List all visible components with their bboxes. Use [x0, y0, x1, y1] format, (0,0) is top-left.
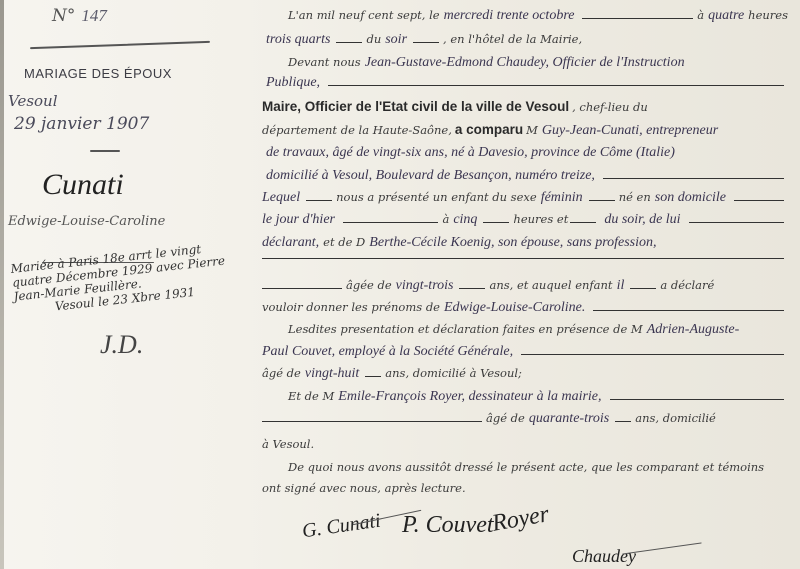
child-given-names: Edwige-Louise-Caroline — [8, 214, 165, 229]
act-line: Devant nousJean-Gustave-Edmond Chaudey, … — [262, 55, 788, 71]
act-line: de travaux, âgé de vingt-six ans, né à D… — [262, 145, 788, 161]
act-line: Et de MEmile-François Royer, dessinateur… — [262, 389, 788, 405]
act-line-blank — [262, 258, 788, 262]
act-line: Publique, — [262, 75, 788, 91]
act-line: déclarant,et de DBerthe-Cécile Koenig, s… — [262, 235, 788, 251]
act-line: Lesdites presentation et déclaration fai… — [262, 322, 788, 338]
act-line: à Vesoul. — [262, 437, 788, 451]
signature-witness-2: Royer — [490, 501, 551, 538]
act-body: L'an mil neuf cent sept, lemercredi tren… — [262, 0, 800, 569]
act-line: Paul Couvet, employé à la Société Généra… — [262, 344, 788, 360]
act-line: âgée devingt-troisans, et auquel enfanti… — [262, 278, 788, 294]
paraph-signature: J.D. — [100, 330, 143, 360]
act-number: N°147 — [52, 6, 107, 26]
act-line: le jour d'hieràcinqheures etdu soir, de … — [262, 212, 788, 228]
margin-date: 29 janvier 1907 — [14, 114, 149, 134]
act-line: Lequelnous a présenté un enfant du sexef… — [262, 190, 788, 206]
act-line: L'an mil neuf cent sept, lemercredi tren… — [262, 8, 788, 24]
act-line: vouloir donner les prénoms deEdwige-Loui… — [262, 300, 788, 316]
act-line: département de la Haute-Saône,a comparuM… — [262, 122, 788, 139]
signature-officer: Chaudey — [572, 546, 636, 567]
act-line: âgé devingt-huitans, domicilié à Vesoul; — [262, 366, 788, 382]
margin-column: N°147 MARIAGE DES ÉPOUX Vesoul 29 janvie… — [0, 0, 262, 569]
act-line: âgé dequarante-troisans, domicilié — [262, 411, 788, 427]
divider-rule — [30, 41, 210, 49]
act-line: domicilié à Vesoul, Boulevard de Besanço… — [262, 168, 788, 184]
short-rule — [90, 150, 120, 152]
signature-father: G. Cunati — [301, 510, 382, 544]
marginal-marriage-note: Mariée à Paris 18e arrt le vingt quatre … — [10, 236, 264, 318]
act-line: Maire, Officier de l'Etat civil de la vi… — [262, 99, 788, 114]
act-line: trois quartsdusoir, en l'hôtel de la Mai… — [262, 32, 788, 48]
civil-registry-page: N°147 MARIAGE DES ÉPOUX Vesoul 29 janvie… — [0, 0, 800, 569]
record-type-title: MARIAGE DES ÉPOUX — [24, 66, 172, 81]
act-line: De quoi nous avons aussitôt dressé le pr… — [262, 460, 788, 474]
margin-place: Vesoul — [8, 92, 58, 110]
child-surname: Cunati — [42, 168, 124, 202]
act-line: ont signé avec nous, après lecture. — [262, 481, 788, 495]
signature-witness-1: P. Couvet — [402, 512, 494, 539]
